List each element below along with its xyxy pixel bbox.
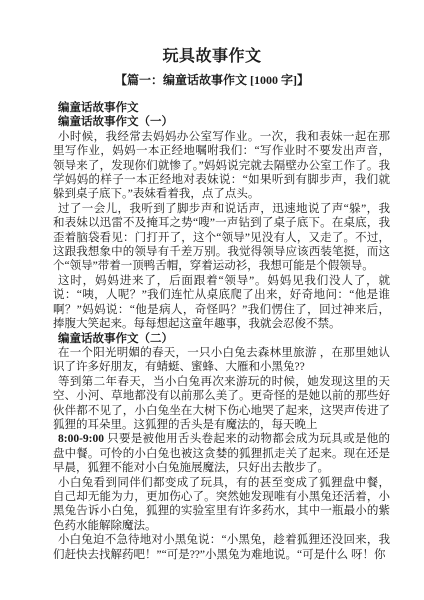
paragraph: 小时候，我经常去妈妈办公室写作业。一次，我和表妹一起在那里写作业，妈妈一本正经地… [53,130,390,202]
section-heading-part-one: 编童话故事作文（一） [53,115,390,129]
paragraph: 这时，妈妈进来了，后面跟着“领导”。妈妈见我们没人了，就说：“咦，人呢？”我们连… [53,274,390,332]
section-heading: 编童话故事作文 [53,101,390,115]
paragraph: 在一个阳光明媚的春天，一只小白兔去森林里旅游 ，在那里她认识了许多好朋友，有蜻蜓… [53,346,390,375]
paragraph: 过了一会儿，我听到了脚步声和说话声，迅速地说了声“躲”，我和表妹以迅雷不及掩耳之… [53,202,390,274]
document-title: 玩具故事作文 [0,47,424,67]
paragraph: 等到第二年春天，当小白兔再次来游玩的时候，她发现这里的天空、小河、草地都没有以前… [53,375,390,433]
section-heading-part-two: 编童话故事作文（二） [53,332,390,346]
paragraph: 8:00-9:00 只要是被他用舌头卷起来的动物都会成为玩具或是他的盘中餐。可怜… [53,432,390,475]
paragraph-text: 只要是被他用舌头卷起来的动物都会成为玩具或是他的盘中餐。可怜的小白兔也被这贪婪的… [53,433,390,474]
document-page: 玩具故事作文 【篇一：编童话故事作文 [1000 字]】 编童话故事作文 编童话… [0,0,424,600]
time-range-text: 8:00-9:00 [58,433,104,445]
paragraph: 小白兔迫不急待地对小黑兔说：“小黑兔，趁着狐狸还没回来，我们赶快去找解药吧！”“… [53,533,390,562]
document-subtitle: 【篇一：编童话故事作文 [1000 字]】 [0,73,424,88]
document-body: 编童话故事作文 编童话故事作文（一） 小时候，我经常去妈妈办公室写作业。一次，我… [53,101,390,562]
paragraph: 小白兔看到同伴们都变成了玩具，有的甚至变成了狐狸盘中餐，自己却无能为力，更加伤心… [53,476,390,534]
